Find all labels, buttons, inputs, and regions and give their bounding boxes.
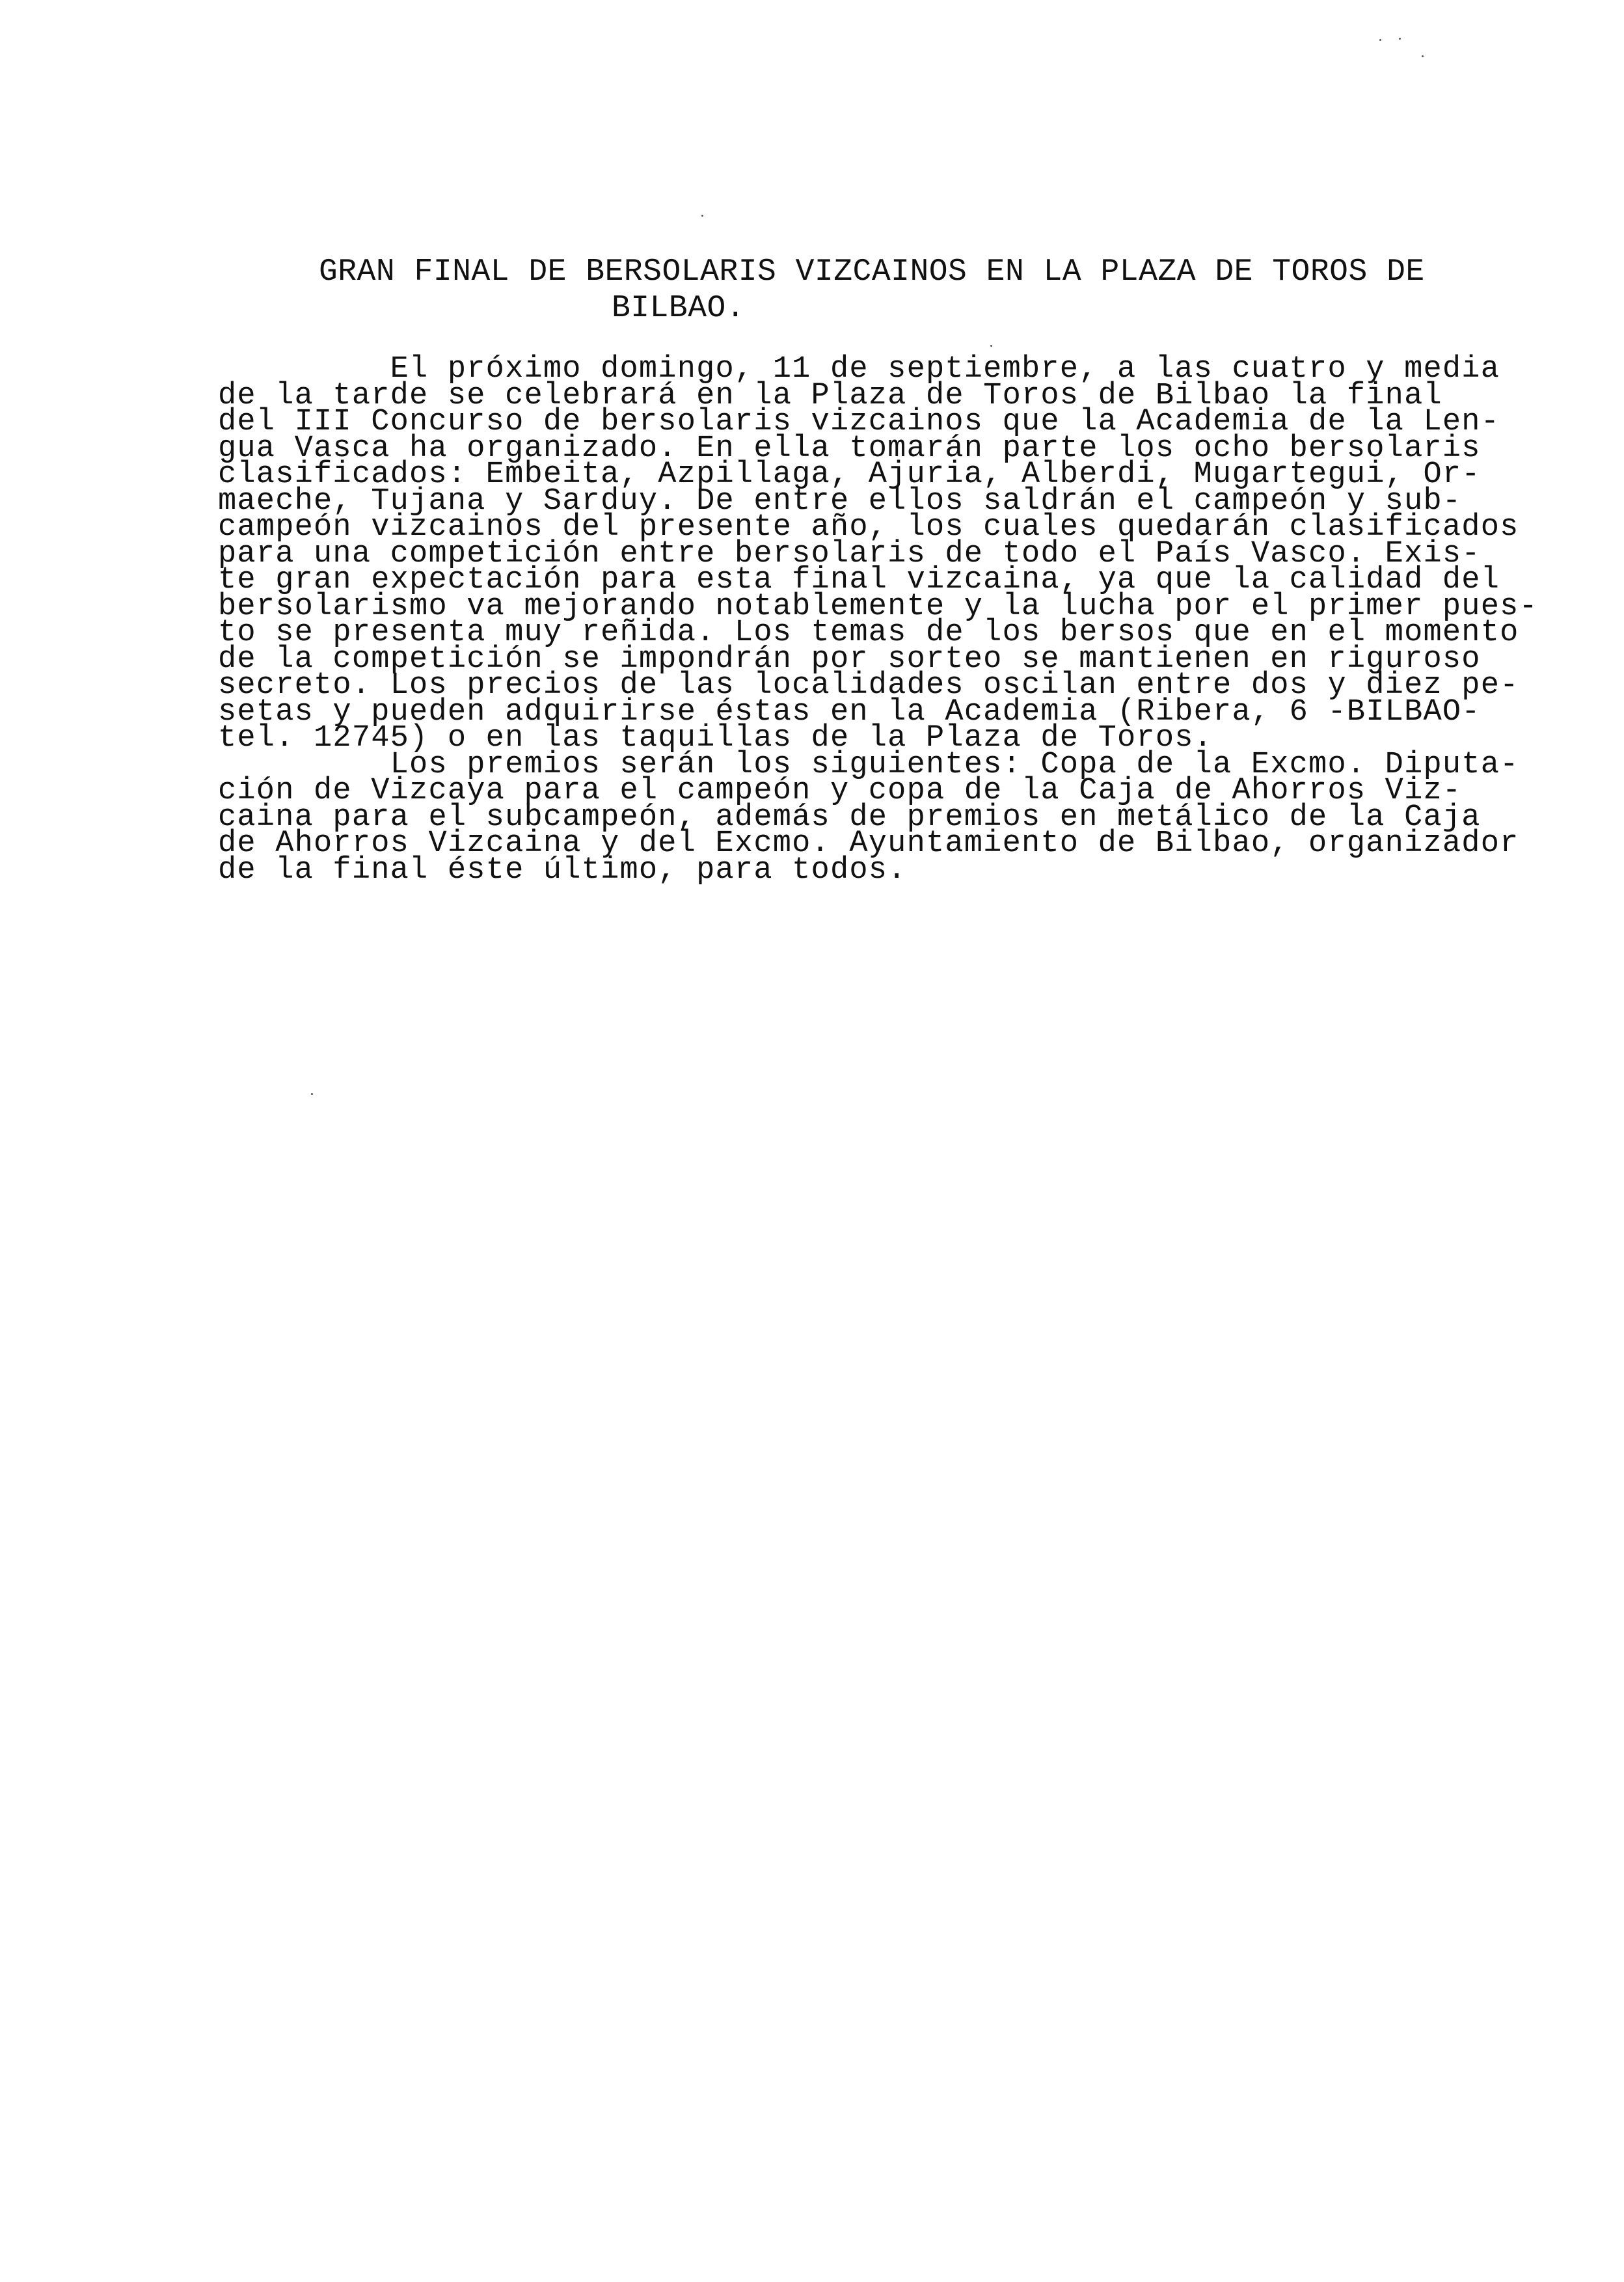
document-title-line-2: BILBAO.	[612, 293, 745, 324]
scan-speck	[990, 345, 992, 347]
scan-speck	[1379, 39, 1381, 41]
scan-speck	[701, 215, 703, 217]
document-body: El próximo domingo, 11 de septiembre, a …	[218, 357, 1493, 884]
scan-speck	[311, 1093, 313, 1095]
document-page: GRAN FINAL DE BERSOLARIS VIZCAINOS EN LA…	[0, 0, 1624, 2282]
body-line: de la final éste último, para todos.	[218, 858, 1493, 884]
document-title-line-1: GRAN FINAL DE BERSOLARIS VIZCAINOS EN LA…	[319, 256, 1425, 288]
scan-speck	[1399, 38, 1401, 40]
scan-speck	[1422, 55, 1424, 57]
